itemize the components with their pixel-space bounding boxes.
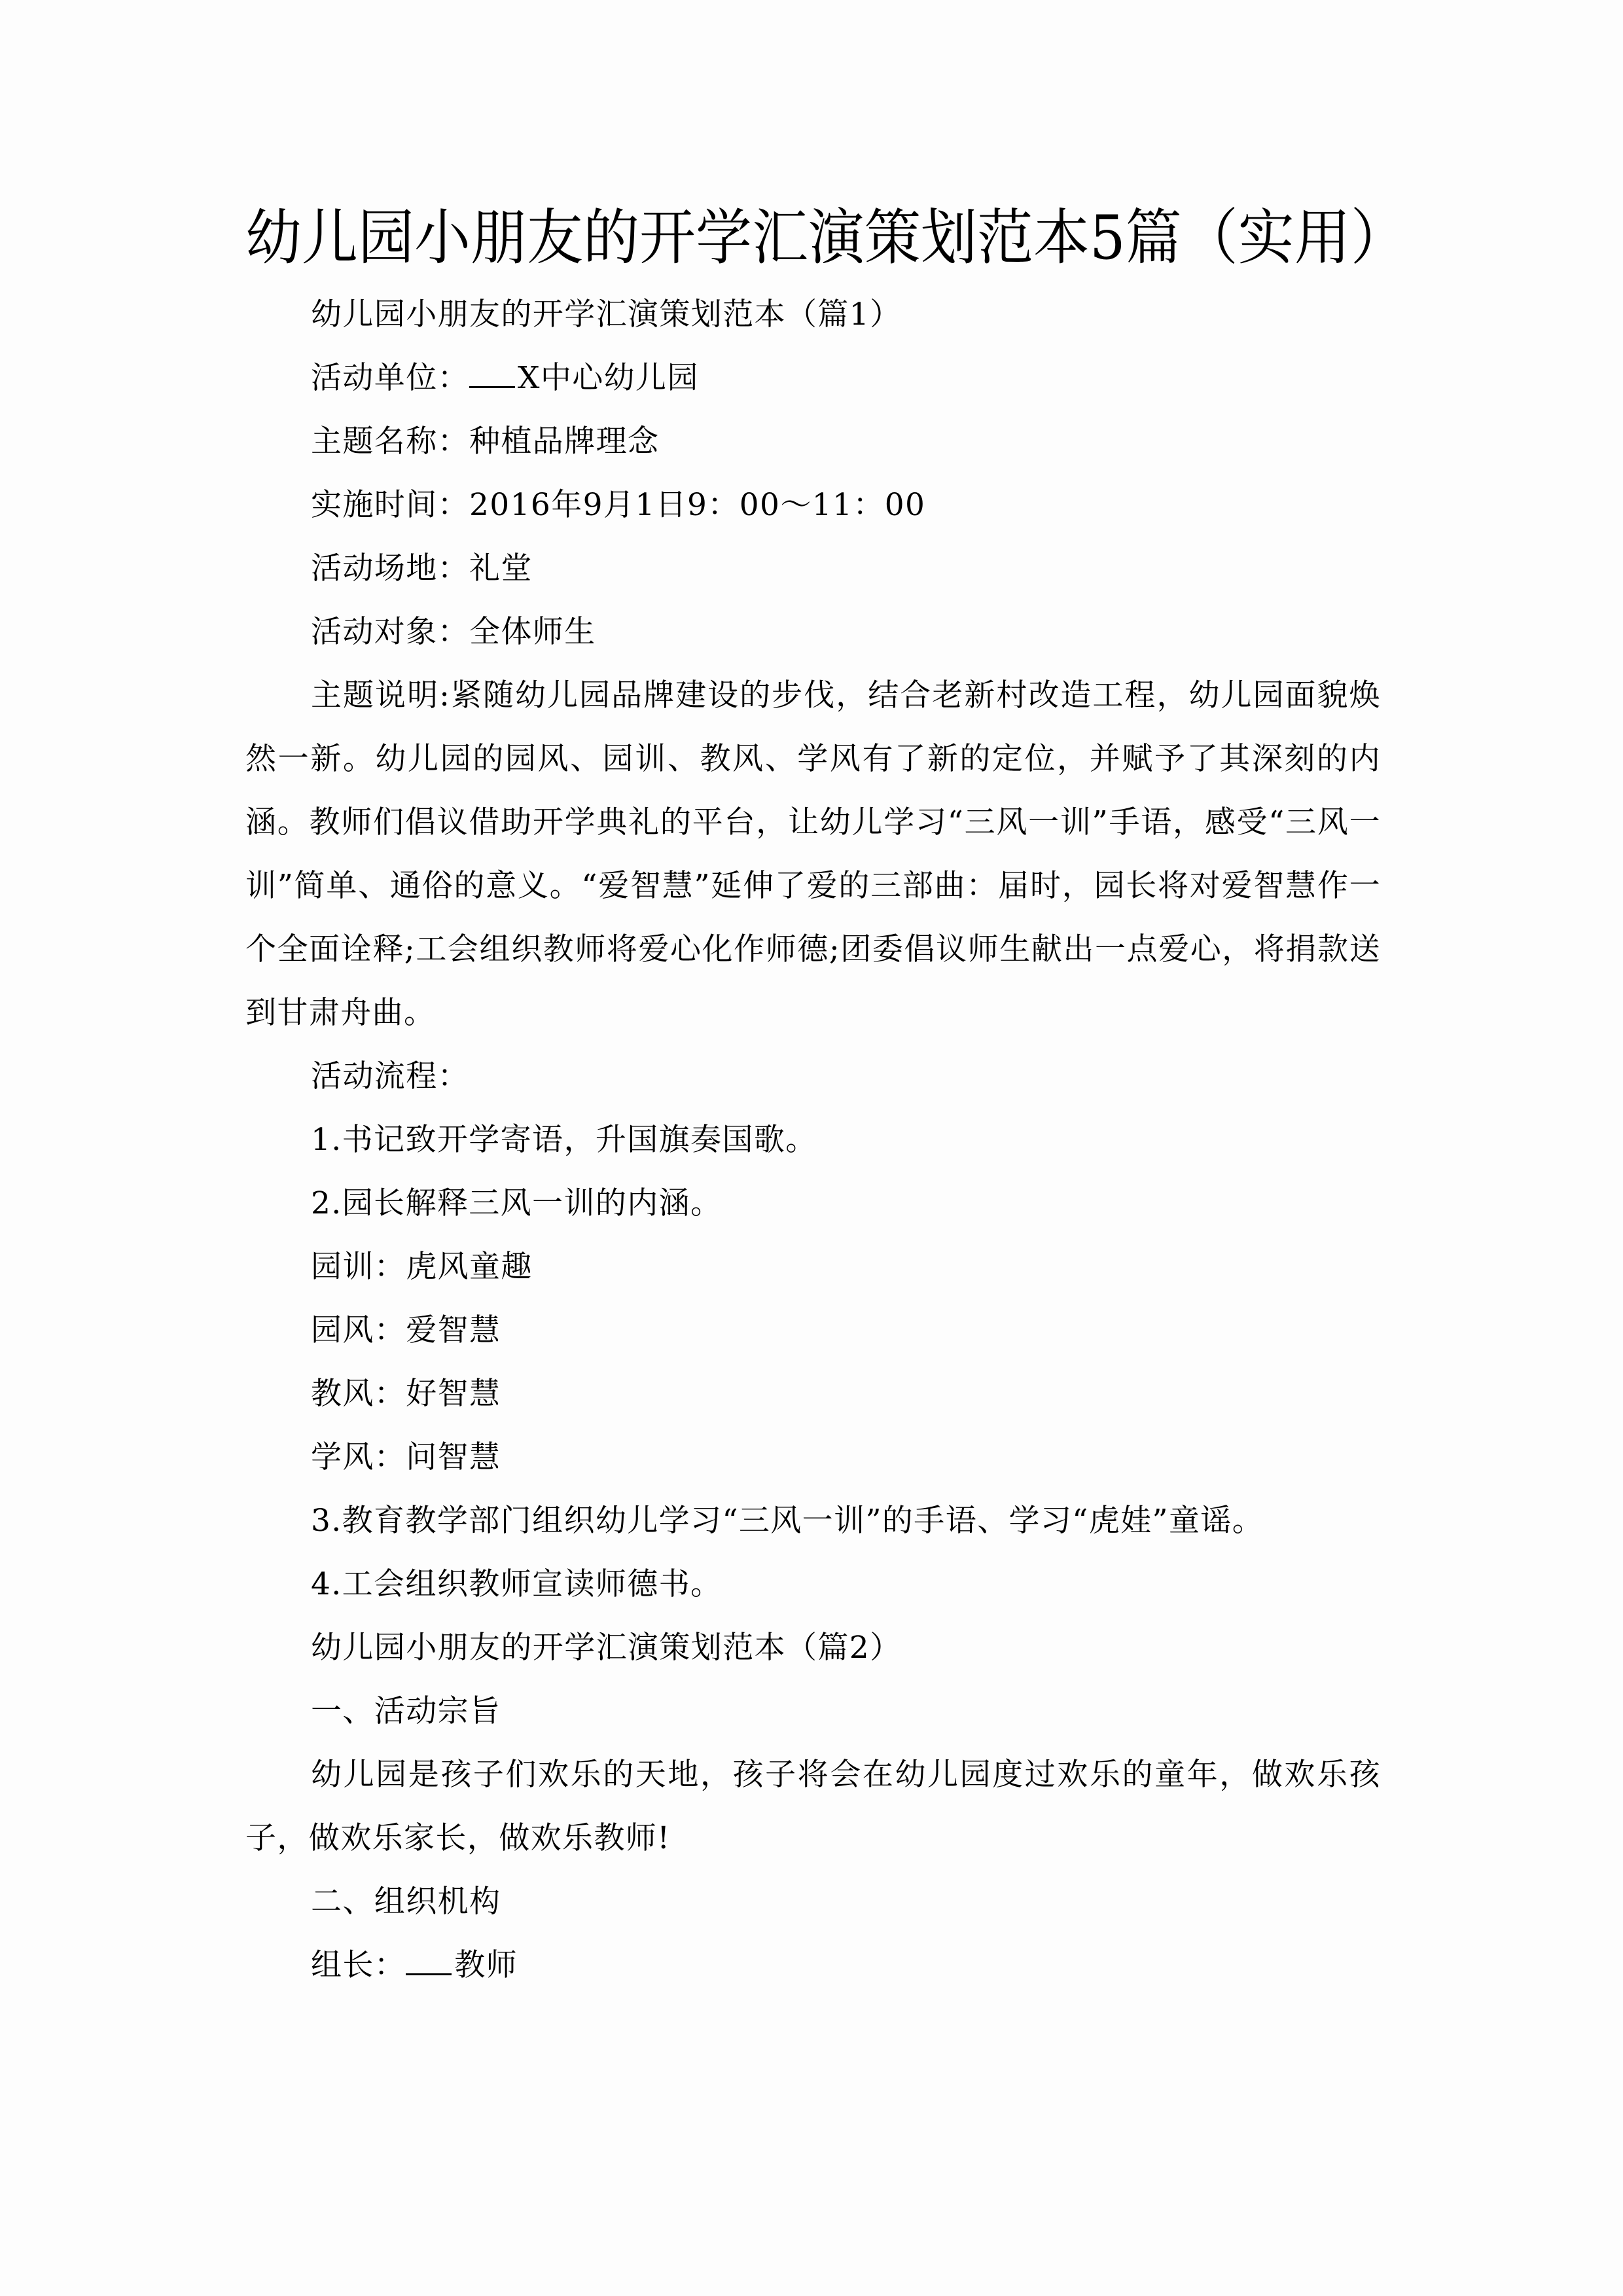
process-step-4: 4.工会组织教师宣读师德书。 <box>245 1552 1381 1616</box>
field-activity-unit: 活动单位：X中心幼儿园 <box>245 346 1381 410</box>
theme-description-paragraph: 主题说明:紧随幼儿园品牌建设的步伐，结合老新村改造工程，幼儿园面貌焕然一新。幼儿… <box>245 664 1381 1045</box>
field-label: 活动单位： <box>311 360 469 396</box>
purpose-paragraph: 幼儿园是孩子们欢乐的天地，孩子将会在幼儿园度过欢乐的童年，做欢乐孩子，做欢乐家长… <box>245 1743 1381 1870</box>
field-venue: 活动场地：礼堂 <box>245 537 1381 600</box>
process-step-3: 3.教育教学部门组织幼儿学习“三风一训”的手语、学习“虎娃”童谣。 <box>245 1489 1381 1552</box>
motto-garden-training: 园训：虎风童趣 <box>245 1235 1381 1299</box>
motto-value: 爱智慧 <box>406 1312 501 1348</box>
field-label: 实施时间： <box>311 487 469 523</box>
field-value: 礼堂 <box>469 550 533 586</box>
process-step-2: 2.园长解释三风一训的内涵。 <box>245 1172 1381 1235</box>
field-label: 活动场地： <box>311 550 469 586</box>
field-value: 2016年9月1日9：00～11：00 <box>469 487 925 523</box>
field-value: 种植品牌理念 <box>469 423 659 459</box>
field-value: 全体师生 <box>469 614 596 650</box>
process-step-1: 1.书记致开学寄语，升国旗奏国歌。 <box>245 1108 1381 1172</box>
field-theme-name: 主题名称：种植品牌理念 <box>245 410 1381 473</box>
motto-learning-style: 学风：问智慧 <box>245 1426 1381 1489</box>
field-group-leader: 组长：教师 <box>245 1933 1381 1997</box>
motto-value: 好智慧 <box>406 1376 501 1412</box>
motto-label: 教风： <box>311 1376 406 1412</box>
section-1-heading: 幼儿园小朋友的开学汇演策划范本（篇1） <box>245 283 1381 346</box>
field-label: 活动对象： <box>311 614 469 650</box>
field-value: 教师 <box>454 1947 518 1983</box>
field-label: 组长： <box>311 1947 406 1983</box>
field-audience: 活动对象：全体师生 <box>245 600 1381 664</box>
section-2-heading: 幼儿园小朋友的开学汇演策划范本（篇2） <box>245 1616 1381 1679</box>
field-value: X中心幼儿园 <box>518 360 699 396</box>
fill-in-blank <box>469 360 515 388</box>
document-title: 幼儿园小朋友的开学汇演策划范本5篇（实用） <box>245 196 1381 279</box>
motto-label: 园风： <box>311 1312 406 1348</box>
document-page: 幼儿园小朋友的开学汇演策划范本5篇（实用） 幼儿园小朋友的开学汇演策划范本（篇1… <box>245 196 1381 1997</box>
motto-garden-style: 园风：爱智慧 <box>245 1299 1381 1362</box>
motto-value: 虎风童趣 <box>406 1249 533 1285</box>
motto-label: 园训： <box>311 1249 406 1285</box>
fill-in-blank <box>406 1947 452 1975</box>
section-2-subheading-organization: 二、组织机构 <box>245 1870 1381 1933</box>
process-label: 活动流程： <box>245 1045 1381 1108</box>
field-label: 主题名称： <box>311 423 469 459</box>
field-time: 实施时间：2016年9月1日9：00～11：00 <box>245 473 1381 537</box>
motto-value: 问智慧 <box>406 1439 501 1475</box>
motto-teaching-style: 教风：好智慧 <box>245 1362 1381 1426</box>
section-2-subheading-purpose: 一、活动宗旨 <box>245 1679 1381 1743</box>
motto-label: 学风： <box>311 1439 406 1475</box>
